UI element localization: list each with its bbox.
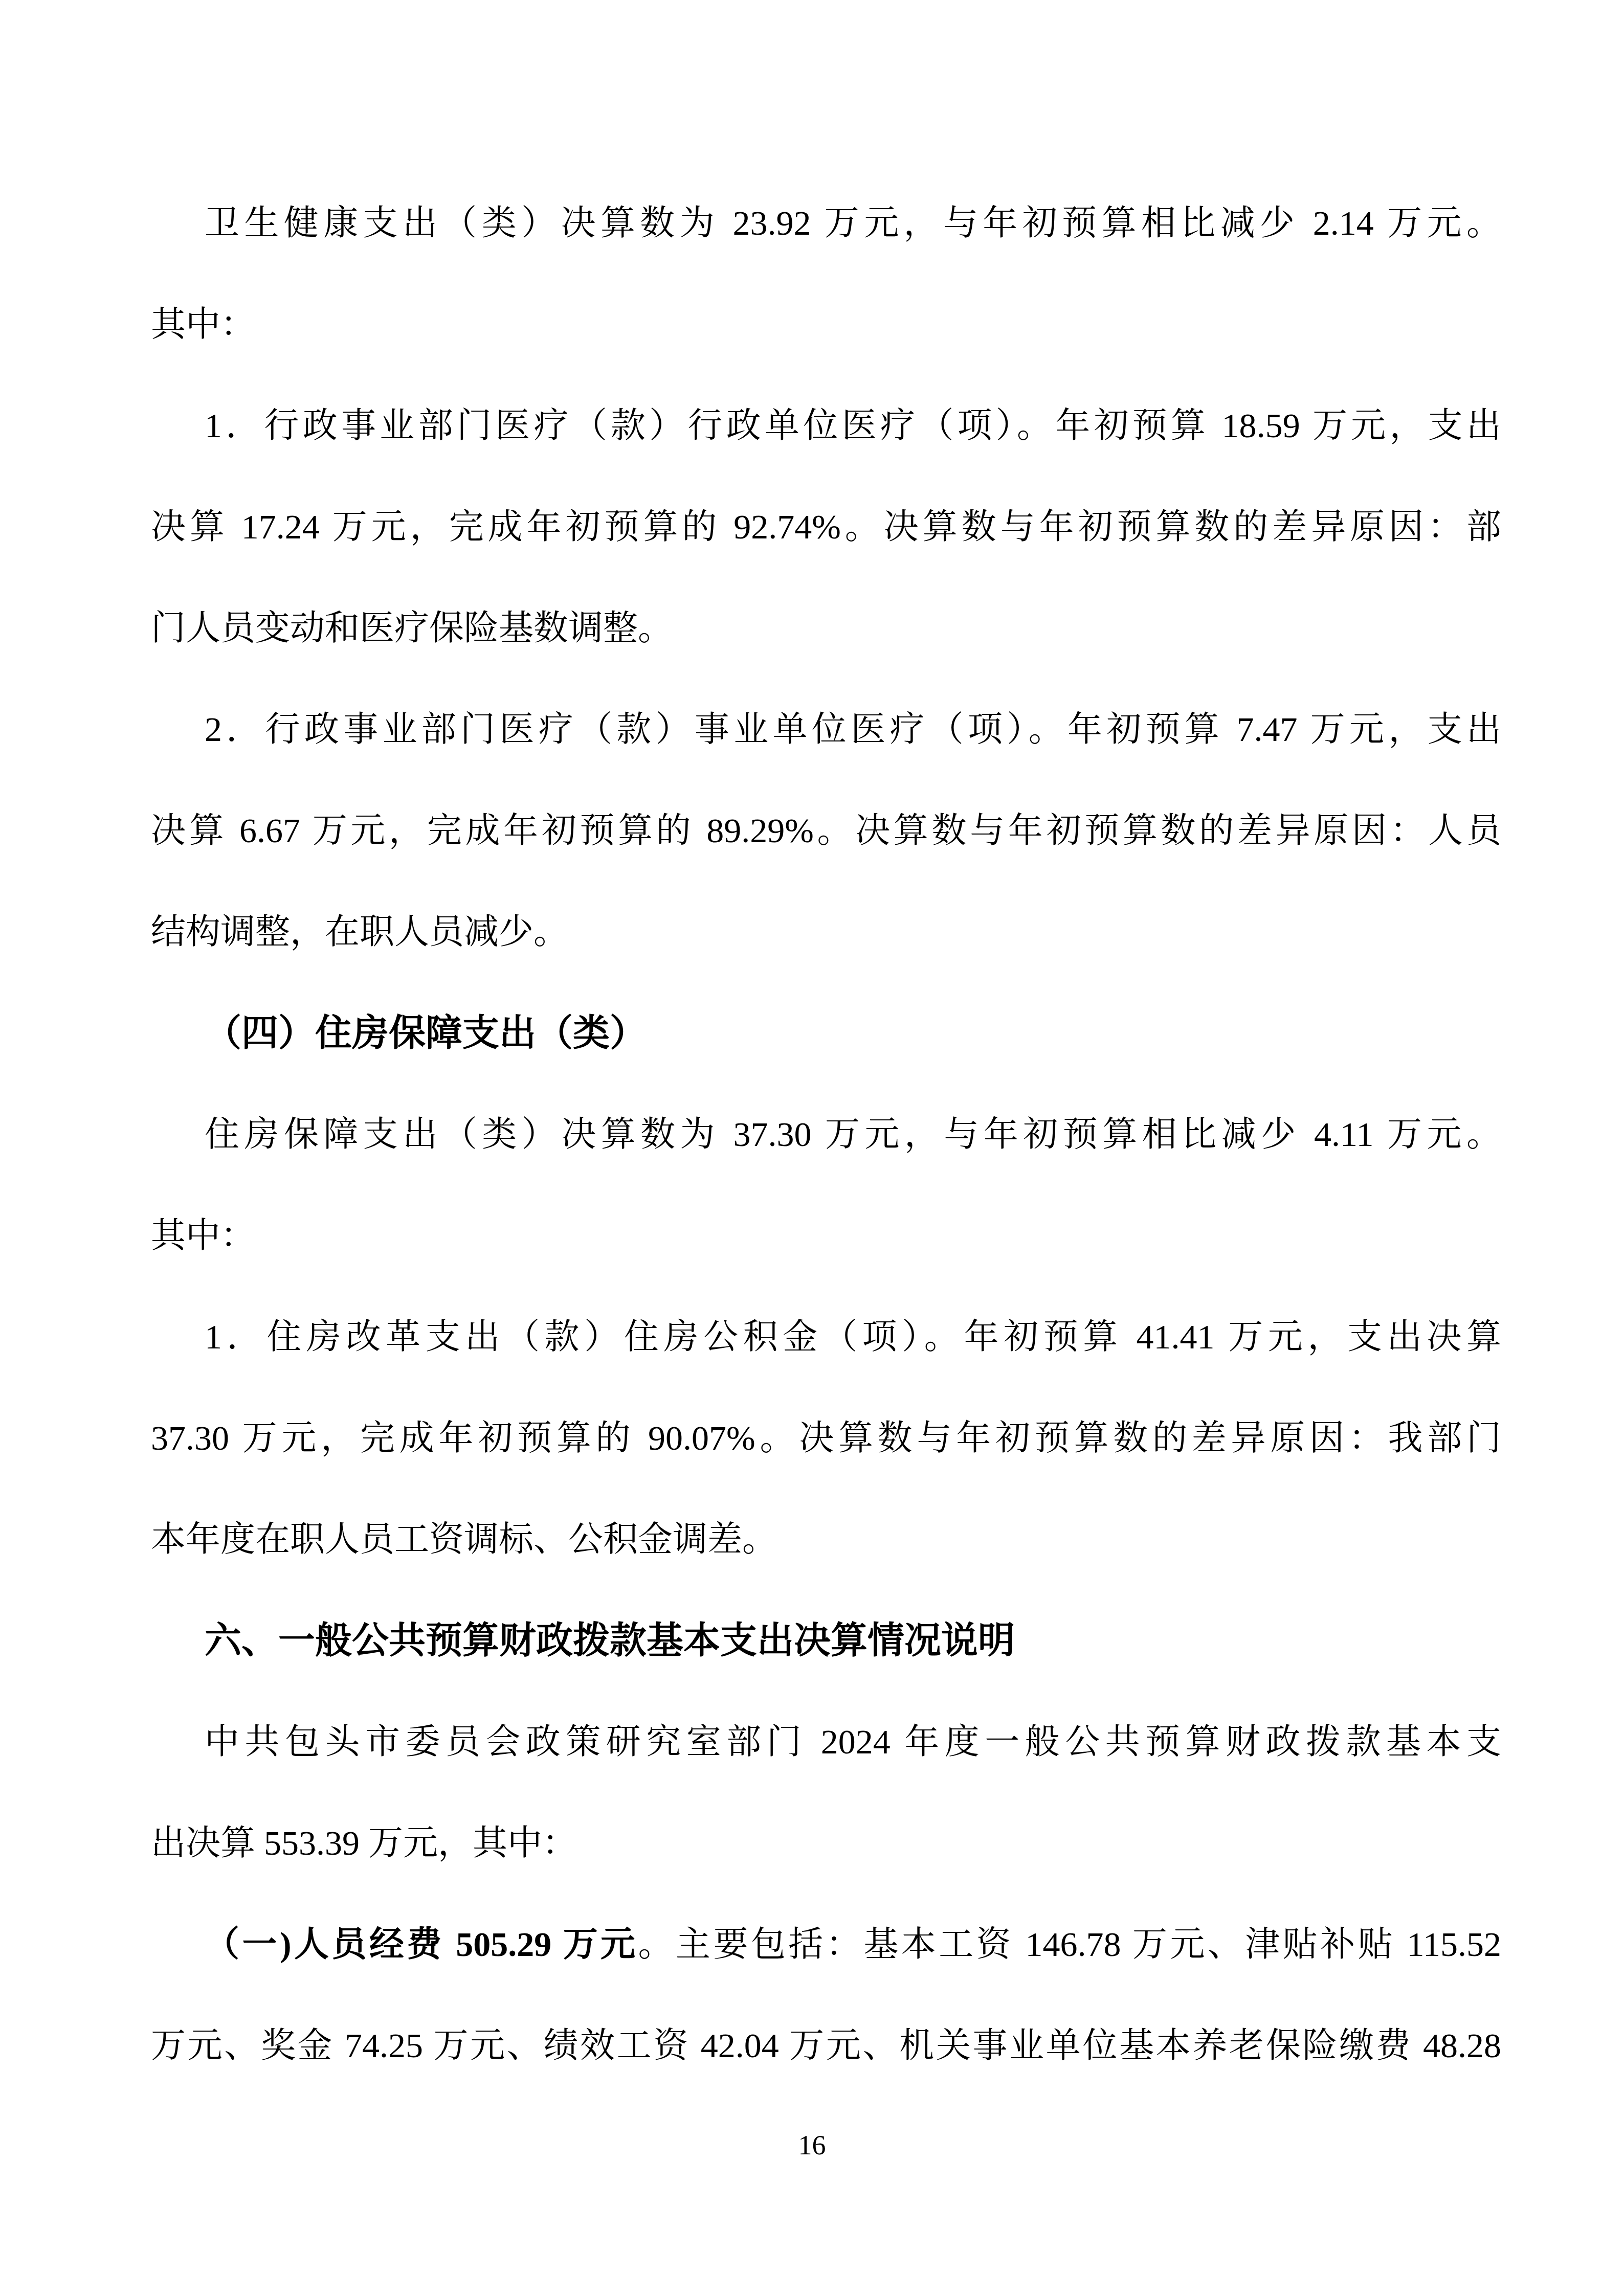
text-run: 中共包头市委员会政策研究室部门 2024 年度一般公共预算财政拨款基本支: [205, 1722, 1501, 1761]
document-page: 卫生健康支出（类）决算数为 23.92 万元，与年初预算相比减少 2.14 万元…: [0, 0, 1624, 2296]
text-line: 2．行政事业部门医疗（款）事业单位医疗（项）。年初预算 7.47 万元，支出: [151, 679, 1501, 780]
text-line: 本年度在职人员工资调标、公积金调差。: [151, 1489, 1501, 1590]
text-line: 决算 17.24 万元，完成年初预算的 92.74%。决算数与年初预算数的差异原…: [151, 476, 1501, 577]
bold-text-run: 六、一般公共预算财政拨款基本支出决算情况说明: [205, 1620, 1015, 1661]
text-run: 卫生健康支出（类）决算数为 23.92 万元，与年初预算相比减少 2.14 万元…: [205, 204, 1501, 242]
text-run: 万元、奖金 74.25 万元、绩效工资 42.04 万元、机关事业单位基本养老保…: [151, 2026, 1501, 2065]
heading-line: 六、一般公共预算财政拨款基本支出决算情况说明: [151, 1590, 1501, 1691]
text-line: 37.30 万元，完成年初预算的 90.07%。决算数与年初预算数的差异原因：我…: [151, 1387, 1501, 1489]
text-run: 结构调整，在职人员减少。: [151, 912, 568, 951]
bold-text-run: （一)人员经费 505.29 万元: [205, 1925, 638, 1964]
text-run: 其中：: [151, 305, 255, 344]
text-line: 万元、奖金 74.25 万元、绩效工资 42.04 万元、机关事业单位基本养老保…: [151, 1995, 1501, 2096]
text-run: 1．行政事业部门医疗（款）行政单位医疗（项）。年初预算 18.59 万元，支出: [205, 406, 1501, 445]
text-run: 2．行政事业部门医疗（款）事业单位医疗（项）。年初预算 7.47 万元，支出: [205, 710, 1501, 749]
text-line: 决算 6.67 万元，完成年初预算的 89.29%。决算数与年初预算数的差异原因…: [151, 780, 1501, 881]
text-line: 出决算 553.39 万元，其中：: [151, 1792, 1501, 1894]
text-line: 结构调整，在职人员减少。: [151, 881, 1501, 982]
text-line: 其中：: [151, 1185, 1501, 1286]
bold-text-run: （四）住房保障支出（类）: [205, 1012, 647, 1053]
text-run: 出决算 553.39 万元，其中：: [151, 1824, 577, 1862]
text-run: 住房保障支出（类）决算数为 37.30 万元，与年初预算相比减少 4.11 万元…: [205, 1115, 1501, 1154]
text-line: 1．行政事业部门医疗（款）行政单位医疗（项）。年初预算 18.59 万元，支出: [151, 375, 1501, 476]
heading-line: （四）住房保障支出（类）: [151, 982, 1501, 1084]
text-run: 37.30 万元，完成年初预算的 90.07%。决算数与年初预算数的差异原因：我…: [151, 1419, 1501, 1457]
text-line: （一)人员经费 505.29 万元。主要包括：基本工资 146.78 万元、津贴…: [151, 1894, 1501, 1995]
text-run: 门人员变动和医疗保险基数调整。: [151, 609, 673, 647]
text-line: 门人员变动和医疗保险基数调整。: [151, 577, 1501, 679]
text-line: 其中：: [151, 274, 1501, 375]
page-number: 16: [0, 2125, 1624, 2166]
text-run: 。主要包括：基本工资 146.78 万元、津贴补贴 115.52: [638, 1925, 1501, 1964]
text-run: 1．住房改革支出（款）住房公积金（项）。年初预算 41.41 万元，支出决算: [205, 1317, 1501, 1356]
text-run: 本年度在职人员工资调标、公积金调差。: [151, 1520, 777, 1559]
text-line: 住房保障支出（类）决算数为 37.30 万元，与年初预算相比减少 4.11 万元…: [151, 1084, 1501, 1185]
document-content: 卫生健康支出（类）决算数为 23.92 万元，与年初预算相比减少 2.14 万元…: [151, 172, 1501, 2096]
text-run: 其中：: [151, 1216, 255, 1255]
text-run: 决算 6.67 万元，完成年初预算的 89.29%。决算数与年初预算数的差异原因…: [151, 811, 1501, 850]
text-run: 决算 17.24 万元，完成年初预算的 92.74%。决算数与年初预算数的差异原…: [151, 507, 1501, 546]
text-line: 中共包头市委员会政策研究室部门 2024 年度一般公共预算财政拨款基本支: [151, 1691, 1501, 1792]
text-line: 卫生健康支出（类）决算数为 23.92 万元，与年初预算相比减少 2.14 万元…: [151, 172, 1501, 274]
text-line: 1．住房改革支出（款）住房公积金（项）。年初预算 41.41 万元，支出决算: [151, 1286, 1501, 1387]
